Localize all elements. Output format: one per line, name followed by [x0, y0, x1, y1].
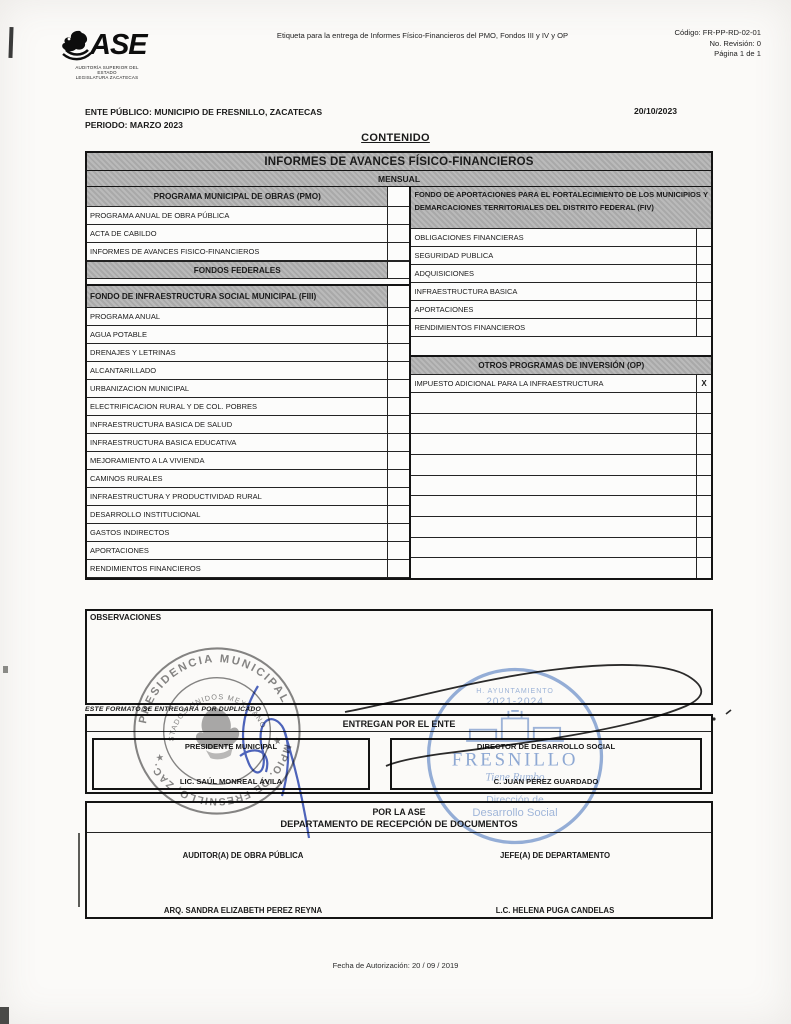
empty-table-row: [411, 434, 711, 455]
row-label: [411, 476, 696, 496]
checkbox-cell: [387, 470, 409, 487]
logo-subline-2: LEGISLATURA ZACATECAS: [72, 75, 142, 80]
fiv-header-label: FONDO DE APORTACIONES PARA EL FORTALECIM…: [411, 187, 711, 228]
fiv-header-row: FONDO DE APORTACIONES PARA EL FORTALECIM…: [411, 187, 711, 229]
checkbox-cell: [387, 452, 409, 469]
signature-box-director: DIRECTOR DE DESARROLLO SOCIAL C. JUAN PÉ…: [390, 738, 702, 790]
empty-table-row: [411, 414, 711, 435]
table-row: MEJORAMIENTO A LA VIVIENDA: [87, 452, 409, 470]
checkbox-cell: [696, 538, 711, 558]
checkbox-cell: [696, 301, 711, 318]
scan-artifact: [78, 833, 80, 907]
row-label: [411, 558, 696, 578]
checkbox-cell: [696, 455, 711, 475]
row-label: SEGURIDAD PUBLICA: [411, 247, 696, 264]
entity-info: ENTE PÚBLICO: MUNICIPIO DE FRESNILLO, ZA…: [85, 106, 322, 131]
table-row: ALCANTARILLADO: [87, 362, 409, 380]
checkbox-cell: [696, 558, 711, 578]
ase-section-titles: POR LA ASE DEPARTAMENTO DE RECEPCIÓN DE …: [87, 803, 711, 833]
table-row: OBLIGACIONES FINANCIERAS: [411, 229, 711, 247]
checkbox-cell: [696, 434, 711, 454]
observaciones-label: OBSERVACIONES: [87, 611, 711, 622]
document-title: Etiqueta para la entrega de Informes Fís…: [225, 31, 620, 40]
table-row: ELECTRIFICACION RURAL Y DE COL. POBRES: [87, 398, 409, 416]
table-row: INFRAESTRUCTURA BASICA EDUCATIVA: [87, 434, 409, 452]
ase-title: POR LA ASE: [87, 806, 711, 818]
entregan-title: ENTREGAN POR EL ENTE: [87, 716, 711, 732]
pmo-header-row: PROGRAMA MUNICIPAL DE OBRAS (PMO): [87, 187, 409, 207]
signer-name: ARQ. SANDRA ELIZABETH PEREZ REYNA: [87, 906, 399, 915]
table-row: PROGRAMA ANUAL: [87, 308, 409, 326]
checkbox-cell: [387, 187, 409, 206]
revision-line: No. Revisión: 0: [611, 39, 761, 50]
table-subtitle-bar: MENSUAL: [87, 171, 711, 187]
signer-name: L.C. HELENA PUGA CANDELAS: [399, 906, 711, 915]
table-row: RENDIMIENTOS FINANCIEROS: [411, 319, 711, 337]
row-label: ACTA DE CABILDO: [87, 225, 387, 242]
contenido-heading: CONTENIDO: [0, 132, 791, 144]
op-header-label: OTROS PROGRAMAS DE INVERSIÓN (OP): [411, 357, 711, 374]
checkbox-cell: [696, 476, 711, 496]
empty-table-row: [411, 476, 711, 497]
duplicate-note: ESTE FORMATO SE ENTREGARÁ POR DUPLICADO: [85, 706, 261, 713]
row-label: INFRAESTRUCTURA BASICA: [411, 283, 696, 300]
pmo-header-label: PROGRAMA MUNICIPAL DE OBRAS (PMO): [87, 187, 387, 206]
table-row: APORTACIONES: [87, 542, 409, 560]
code-block: Código: FR-PP-RD-02-01 No. Revisión: 0 P…: [611, 28, 761, 60]
checkbox-cell: [696, 247, 711, 264]
table-row: ACTA DE CABILDO: [87, 225, 409, 243]
fiii-header-row: FONDO DE INFRAESTRUCTURA SOCIAL MUNICIPA…: [87, 286, 409, 308]
table-row: ADQUISICIONES: [411, 265, 711, 283]
checkbox-cell: [387, 524, 409, 541]
checkbox-cell: [387, 560, 409, 577]
table-row: IMPUESTO ADICIONAL PARA LA INFRAESTRUCTU…: [411, 375, 711, 393]
role-label: DIRECTOR DE DESARROLLO SOCIAL: [392, 742, 700, 751]
row-label: GASTOS INDIRECTOS: [87, 524, 387, 541]
entregan-section: ENTREGAN POR EL ENTE PRESIDENTE MUNICIPA…: [85, 714, 713, 794]
row-label: MEJORAMIENTO A LA VIVIENDA: [87, 452, 387, 469]
row-label: RENDIMIENTOS FINANCIEROS: [87, 560, 387, 577]
checkbox-cell: [387, 326, 409, 343]
empty-table-row: [411, 393, 711, 414]
ase-bird-icon: [60, 30, 94, 64]
row-label: DESARROLLO INSTITUCIONAL: [87, 506, 387, 523]
checkbox-cell: [387, 344, 409, 361]
row-label: [411, 455, 696, 475]
table-row: SEGURIDAD PUBLICA: [411, 247, 711, 265]
row-label: RENDIMIENTOS FINANCIEROS: [411, 319, 696, 336]
row-label: CAMINOS RURALES: [87, 470, 387, 487]
delivery-date: 20/10/2023: [634, 106, 677, 116]
code-line: Código: FR-PP-RD-02-01: [611, 28, 761, 39]
empty-table-row: [411, 496, 711, 517]
scan-artifact: [8, 27, 13, 58]
empty-rows: [411, 393, 711, 578]
logo-acronym: ASE: [90, 30, 147, 60]
column-fiv-op: FONDO DE APORTACIONES PARA EL FORTALECIM…: [411, 187, 711, 578]
checkbox-cell: [696, 496, 711, 516]
row-label: IMPUESTO ADICIONAL PARA LA INFRAESTRUCTU…: [411, 375, 696, 392]
table-row: APORTACIONES: [411, 301, 711, 319]
row-label: APORTACIONES: [87, 542, 387, 559]
row-label: [411, 393, 696, 413]
authorization-date: Fecha de Autorización: 20 / 09 / 2019: [0, 961, 791, 970]
empty-table-row: [411, 517, 711, 538]
checkbox-cell: [696, 229, 711, 246]
table-title-bar: INFORMES DE AVANCES FÍSICO-FINANCIEROS: [87, 153, 711, 171]
op-header-row: OTROS PROGRAMAS DE INVERSIÓN (OP): [411, 357, 711, 375]
row-label: [411, 517, 696, 537]
checkbox-cell: [387, 362, 409, 379]
row-label: URBANIZACION MUNICIPAL: [87, 380, 387, 397]
row-label: ADQUISICIONES: [411, 265, 696, 282]
checkbox-cell: [387, 207, 409, 224]
checkbox-cell: [696, 319, 711, 336]
checkbox-cell: [387, 506, 409, 523]
checkbox-cell: [387, 398, 409, 415]
table-row: INFORMES DE AVANCES FISICO-FINANCIEROS: [87, 243, 409, 261]
table-row: INFRAESTRUCTURA BASICA DE SALUD: [87, 416, 409, 434]
checkbox-cell: [387, 416, 409, 433]
checkbox-cell: [696, 283, 711, 300]
empty-table-row: [411, 538, 711, 559]
checkbox-cell: [387, 542, 409, 559]
row-label: INFRAESTRUCTURA Y PRODUCTIVIDAD RURAL: [87, 488, 387, 505]
row-label: PROGRAMA ANUAL DE OBRA PÚBLICA: [87, 207, 387, 224]
row-label: INFORMES DE AVANCES FISICO-FINANCIEROS: [87, 243, 387, 260]
ink-speck: [726, 710, 731, 714]
row-label: DRENAJES Y LETRINAS: [87, 344, 387, 361]
ase-reception-section: POR LA ASE DEPARTAMENTO DE RECEPCIÓN DE …: [85, 801, 713, 919]
scanned-form-page: ASE AUDITORÍA SUPERIOR DEL ESTADO LEGISL…: [0, 0, 791, 1024]
table-row: CAMINOS RURALES: [87, 470, 409, 488]
logo-subline-1: AUDITORÍA SUPERIOR DEL ESTADO: [72, 65, 142, 75]
fiii-header-label: FONDO DE INFRAESTRUCTURA SOCIAL MUNICIPA…: [87, 286, 387, 307]
table-row: INFRAESTRUCTURA Y PRODUCTIVIDAD RURAL: [87, 488, 409, 506]
checkbox-cell: [696, 393, 711, 413]
row-label: OBLIGACIONES FINANCIERAS: [411, 229, 696, 246]
table-row: DRENAJES Y LETRINAS: [87, 344, 409, 362]
row-label: ALCANTARILLADO: [87, 362, 387, 379]
ase-department-title: DEPARTAMENTO DE RECEPCIÓN DE DOCUMENTOS: [87, 818, 711, 830]
table-row: DESARROLLO INSTITUCIONAL: [87, 506, 409, 524]
checkbox-cell: [387, 308, 409, 325]
row-label: INFRAESTRUCTURA BASICA EDUCATIVA: [87, 434, 387, 451]
table-row: URBANIZACION MUNICIPAL: [87, 380, 409, 398]
ase-logo: ASE AUDITORÍA SUPERIOR DEL ESTADO LEGISL…: [60, 30, 150, 88]
row-label: [411, 496, 696, 516]
empty-table-row: [411, 558, 711, 578]
role-label: AUDITOR(A) DE OBRA PÚBLICA: [87, 851, 399, 860]
signer-name: C. JUAN PÉREZ GUARDADO: [392, 777, 700, 786]
row-label: [411, 538, 696, 558]
table-row: RENDIMIENTOS FINANCIEROS: [87, 560, 409, 578]
row-label: [411, 434, 696, 454]
checkbox-cell: [387, 434, 409, 451]
table-row: GASTOS INDIRECTOS: [87, 524, 409, 542]
table-row: AGUA POTABLE: [87, 326, 409, 344]
fondos-federales-header-row: FONDOS FEDERALES: [87, 261, 409, 279]
checkbox-cell: [387, 380, 409, 397]
scan-artifact: [3, 666, 8, 673]
row-label: AGUA POTABLE: [87, 326, 387, 343]
avances-table: INFORMES DE AVANCES FÍSICO-FINANCIEROS M…: [85, 151, 713, 580]
checkbox-cell: [696, 517, 711, 537]
checkbox-cell-checked: X: [696, 375, 711, 392]
checkbox-cell: [387, 286, 409, 307]
checkbox-cell: [696, 414, 711, 434]
fondos-federales-label: FONDOS FEDERALES: [87, 262, 387, 278]
row-label: INFRAESTRUCTURA BASICA DE SALUD: [87, 416, 387, 433]
signer-name: LIC. SAÚL MONREAL ÁVILA: [94, 777, 368, 786]
row-label: APORTACIONES: [411, 301, 696, 318]
table-row: PROGRAMA ANUAL DE OBRA PÚBLICA: [87, 207, 409, 225]
page-number-line: Página 1 de 1: [611, 49, 761, 60]
table-row: INFRAESTRUCTURA BASICA: [411, 283, 711, 301]
row-label: ELECTRIFICACION RURAL Y DE COL. POBRES: [87, 398, 387, 415]
signature-box-presidente: PRESIDENTE MUNICIPAL LIC. SAÚL MONREAL Á…: [92, 738, 370, 790]
role-label: JEFE(A) DE DEPARTAMENTO: [399, 851, 711, 860]
row-label: [411, 414, 696, 434]
checkbox-cell: [696, 265, 711, 282]
scan-artifact: [0, 1007, 9, 1024]
row-label: PROGRAMA ANUAL: [87, 308, 387, 325]
checkbox-cell: [387, 488, 409, 505]
checkbox-cell: [387, 262, 409, 278]
column-pmo-fiii: PROGRAMA MUNICIPAL DE OBRAS (PMO) PROGRA…: [87, 187, 411, 578]
spacer-row: [87, 279, 409, 286]
role-label: PRESIDENTE MUNICIPAL: [94, 742, 368, 751]
checkbox-cell: [387, 243, 409, 260]
periodo-line: PERIODO: MARZO 2023: [85, 119, 322, 132]
empty-table-row: [411, 455, 711, 476]
ente-publico-line: ENTE PÚBLICO: MUNICIPIO DE FRESNILLO, ZA…: [85, 106, 322, 119]
checkbox-cell: [387, 225, 409, 242]
observaciones-box: OBSERVACIONES: [85, 609, 713, 705]
gap-row: [411, 337, 711, 357]
